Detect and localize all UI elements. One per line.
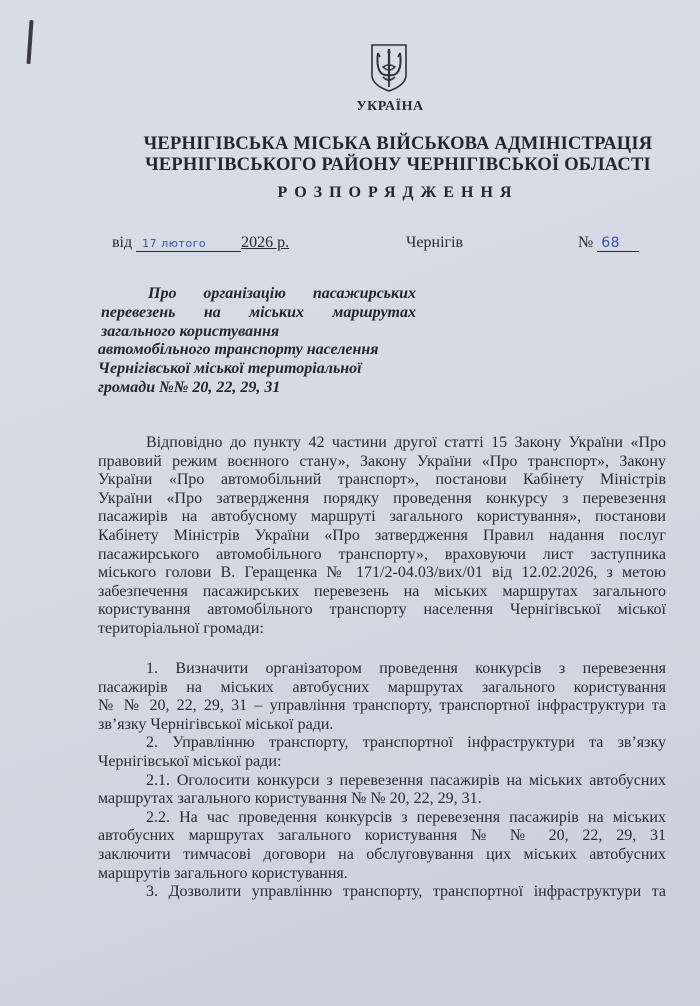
preamble-line: України «Про автомобільний транспорт», п… bbox=[98, 471, 666, 490]
preamble-line: територіальної громади: bbox=[98, 620, 666, 639]
document-page: УКРАЇНА ЧЕРНІГІВСЬКА МІСЬКА ВІЙСЬКОВА АД… bbox=[0, 0, 700, 1006]
date-year: 2026 р. bbox=[241, 234, 289, 251]
item-line: маршрутах загального користування № № 20… bbox=[98, 790, 666, 809]
preamble-line: пасажирів на автобусному маршруті загаль… bbox=[98, 508, 666, 527]
item-line: пасажирів на міських автобусних маршрута… bbox=[98, 679, 666, 698]
number-blank: 68 bbox=[597, 235, 639, 252]
item-line: 3. Дозволити управлінню транспорту, тран… bbox=[98, 883, 666, 902]
city: Чернігів bbox=[406, 234, 463, 252]
subject-line: Чернігівської міської територіальної bbox=[98, 360, 416, 379]
subject-line: загального користування bbox=[98, 323, 416, 342]
preamble-line: забезпечення пасажирських перевезень на … bbox=[98, 583, 666, 602]
number-prefix: № bbox=[578, 234, 593, 251]
item-line: № № 20, 22, 29, 31 – управління транспор… bbox=[98, 697, 666, 716]
preamble-line: пасажирського автомобільного транспорту»… bbox=[98, 546, 666, 565]
org-line-2: ЧЕРНІГІВСЬКОГО РАЙОНУ ЧЕРНІГІВСЬКОЇ ОБЛА… bbox=[138, 155, 658, 176]
trident-coat-of-arms-icon bbox=[369, 43, 409, 93]
item-line: 2. Управлінню транспорту, транспортної і… bbox=[98, 734, 666, 753]
number-handwritten: 68 bbox=[601, 235, 620, 251]
item-1: 1. Визначити організатором проведення ко… bbox=[98, 660, 666, 734]
item-2-2: 2.2. На час проведення конкурсів з перев… bbox=[98, 809, 666, 883]
order-items: 1. Визначити організатором проведення ко… bbox=[98, 660, 666, 902]
item-2-1: 2.1. Оголосити конкурси з перевезення па… bbox=[98, 772, 666, 809]
item-3: 3. Дозволити управлінню транспорту, тран… bbox=[98, 883, 666, 902]
date-prefix: від bbox=[112, 234, 132, 251]
preamble-line: користування автомобільного транспорту н… bbox=[98, 601, 666, 620]
date-handwritten-blank: 17 лютого bbox=[136, 235, 241, 252]
item-line: автобусних маршрутах загального користув… bbox=[98, 827, 666, 846]
subject-line: Про організацію пасажирських bbox=[98, 285, 416, 304]
date-field: від 17 лютого2026 р. bbox=[112, 234, 289, 252]
pen-mark bbox=[26, 20, 33, 64]
item-line: зв’язку Чернігівської міської ради. bbox=[98, 716, 666, 735]
country-name: УКРАЇНА bbox=[0, 99, 700, 115]
item-line: 1. Визначити організатором проведення ко… bbox=[98, 660, 666, 679]
preamble-line: Відповідно до пункту 42 частини другої с… bbox=[98, 434, 666, 453]
document-type: РОЗПОРЯДЖЕННЯ bbox=[138, 184, 658, 202]
item-line: маршрутів загального користування. bbox=[98, 865, 666, 884]
item-line: 2.2. На час проведення конкурсів з перев… bbox=[98, 809, 666, 828]
document-number: № 68 bbox=[578, 234, 639, 252]
subject-line: автомобільного транспорту населення bbox=[98, 341, 416, 360]
subject-line: громади №№ 20, 22, 29, 31 bbox=[98, 379, 416, 398]
org-line-1: ЧЕРНІГІВСЬКА МІСЬКА ВІЙСЬКОВА АДМІНІСТРА… bbox=[138, 134, 658, 155]
item-2: 2. Управлінню транспорту, транспортної і… bbox=[98, 734, 666, 771]
subject-title: Про організацію пасажирських перевезень … bbox=[98, 285, 416, 398]
preamble-line: Кабінету Міністрів України «Про затвердж… bbox=[98, 527, 666, 546]
subject-line: перевезень на міських маршрутах bbox=[98, 304, 416, 323]
preamble-line: міського голови В. Геращенка № 171/2-04.… bbox=[98, 564, 666, 583]
preamble-line: правовий режим воєнного стану», Закону У… bbox=[98, 453, 666, 472]
item-line: 2.1. Оголосити конкурси з перевезення па… bbox=[98, 772, 666, 791]
preamble-paragraph: Відповідно до пункту 42 частини другої с… bbox=[98, 434, 666, 639]
organization-name: ЧЕРНІГІВСЬКА МІСЬКА ВІЙСЬКОВА АДМІНІСТРА… bbox=[138, 134, 658, 176]
item-line: Чернігівської міської ради: bbox=[98, 753, 666, 772]
preamble-line: України «Про затвердження порядку провед… bbox=[98, 490, 666, 509]
item-line: заключити тимчасові договори на обслугов… bbox=[98, 846, 666, 865]
date-handwritten: 17 лютого bbox=[142, 237, 206, 250]
